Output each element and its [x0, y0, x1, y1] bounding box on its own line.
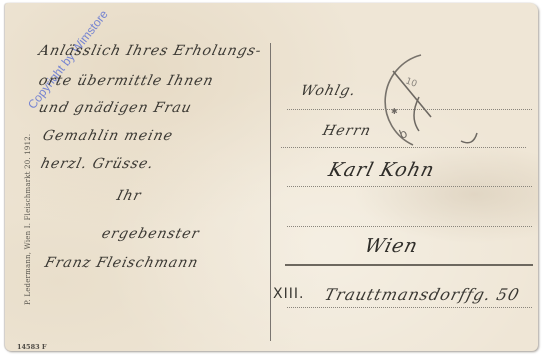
postmark-letter: b	[397, 126, 409, 142]
address-name: Karl Kohn	[326, 159, 437, 181]
address-line-5	[287, 307, 532, 308]
address-title: Herrn	[321, 123, 373, 139]
watermark: Copyright by Wimstore	[25, 7, 111, 111]
center-divider	[270, 43, 271, 341]
message-line-2: orte übermittle Ihnen	[37, 73, 216, 89]
message-closing-2: ergebenster	[100, 226, 201, 242]
address-line-3	[287, 186, 532, 187]
postmark: 10 ✱ b	[381, 47, 501, 157]
message-line-5: herzl. Grüsse.	[39, 156, 156, 172]
address-street: Trauttmansdorffg. 50	[323, 285, 522, 304]
address-city: Wien	[362, 235, 420, 257]
address-rule	[285, 264, 533, 266]
message-line-1: Anlässlich Ihres Erholungs-	[37, 43, 263, 59]
address-line-4	[287, 226, 532, 227]
message-closing: Ihr	[115, 188, 143, 204]
address-line-1	[287, 109, 532, 110]
postcard: Copyright by Wimstore P. Ledermann, Wien…	[5, 3, 538, 351]
serial-number: 14583 F	[17, 343, 47, 351]
printer-imprint: P. Ledermann, Wien I. Fleischmarkt 20. 1…	[24, 134, 32, 305]
message-line-4: Gemahlin meine	[41, 128, 175, 144]
message-line-3: und gnädigen Frau	[37, 100, 194, 116]
address-line-2	[281, 147, 526, 148]
address-salutation: Wohlg.	[299, 83, 358, 99]
address-district: XIII.	[273, 286, 304, 302]
signature: Franz Fleischmann	[43, 255, 200, 271]
